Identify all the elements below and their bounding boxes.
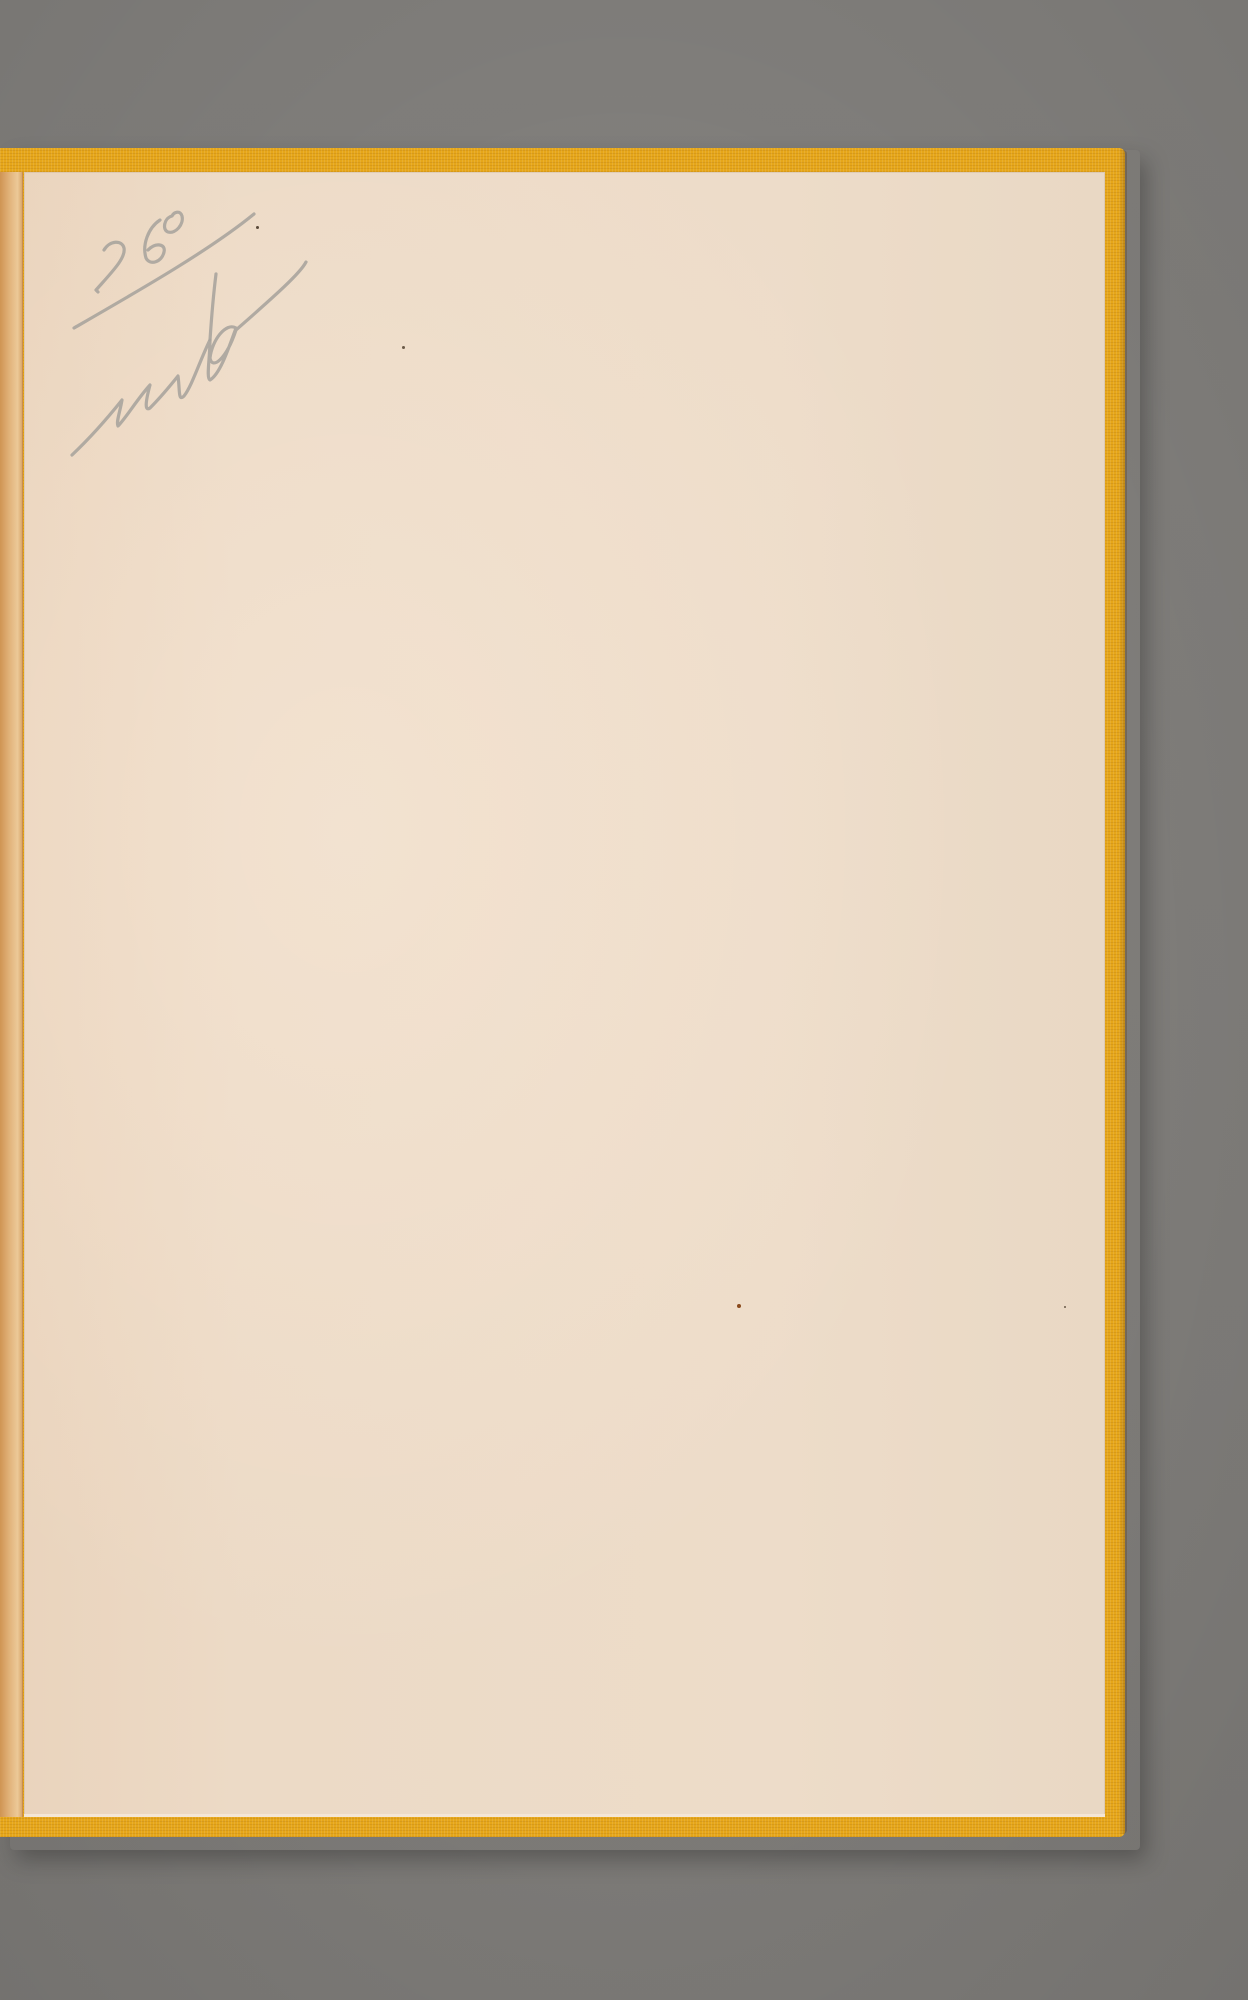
paper-speck — [1064, 1306, 1066, 1308]
paper-speck — [402, 346, 405, 349]
cover-right-edge — [1119, 150, 1127, 1834]
page-bottom-edge — [24, 1814, 1105, 1817]
pencil-annotation: 260 udo — [60, 190, 330, 470]
paper-speck — [737, 1304, 741, 1308]
binding-strip — [0, 172, 23, 1817]
handwriting-drawing — [60, 190, 330, 470]
